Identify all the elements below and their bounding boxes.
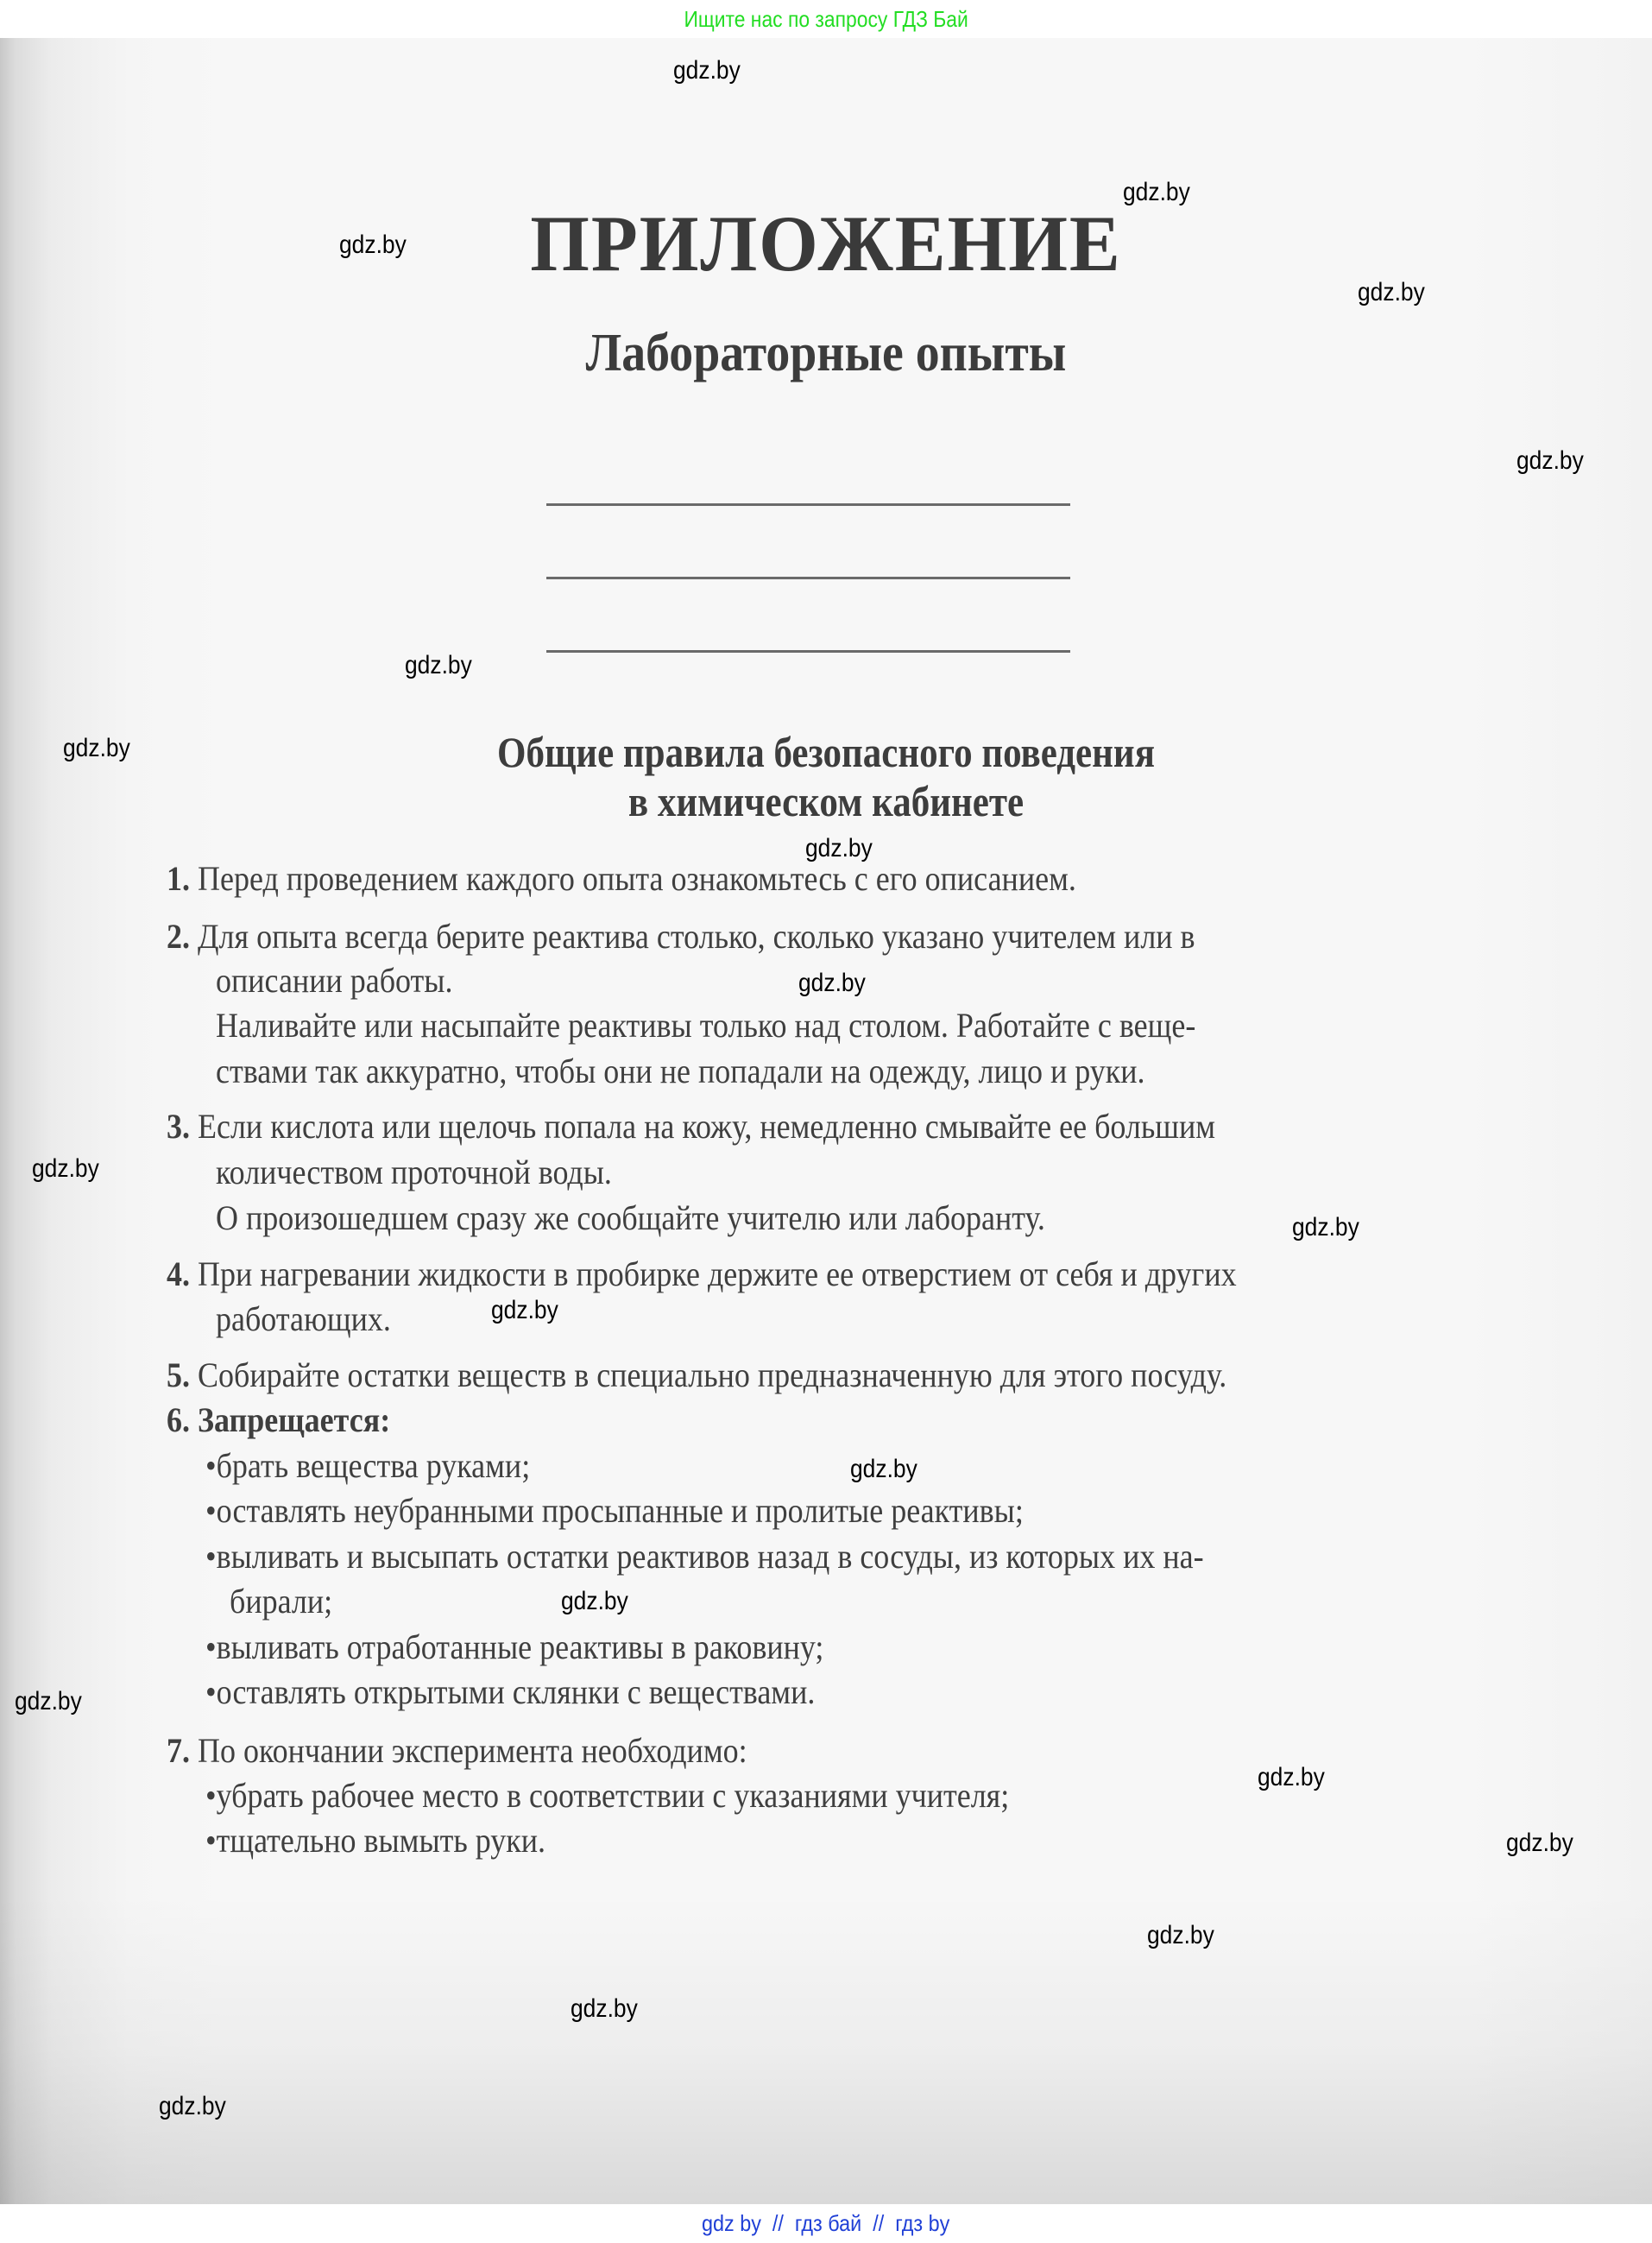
bullet-text: убрать рабочее место в соответствии с ук… [217,1776,1010,1815]
rule-3-continuation: количеством проточной воды. [216,1152,612,1192]
watermark: gdz.by [561,1587,628,1616]
watermark: gdz.by [1258,1763,1325,1792]
textbook-page: ПРИЛОЖЕНИЕ Лабораторные опыты Общие прав… [0,38,1652,2204]
rule-2-continuation: ствами так аккуратно, чтобы они не попад… [216,1051,1145,1091]
watermark: gdz.by [1358,278,1425,307]
section-heading-line-2: в химическом кабинете [116,776,1536,826]
watermark: gdz.by [805,834,873,863]
top-banner-text: Ищите нас по запросу ГДЗ Бай [684,6,968,33]
rule-number: 3. [167,1107,190,1146]
watermark: gdz.by [571,1994,638,2024]
bullet-icon: • [205,1776,217,1815]
rule-number: 2. [167,917,190,956]
rule-4-continuation: работающих. [216,1298,391,1339]
watermark: gdz.by [15,1687,82,1716]
bullet-icon: • [205,1627,217,1666]
rule-6-bullet-continuation: бирали; [230,1581,332,1621]
bottom-banner: gdz by // гдз бай // гдз by [0,2204,1652,2243]
rule-2-continuation: описании работы. [216,960,452,1001]
bullet-text: выливать и высыпать остатки реактивов на… [217,1537,1204,1576]
rule-number: 5. [167,1355,190,1394]
bullet-icon: • [205,1537,217,1576]
rule-7: 7. По окончании эксперимента необходимо: [167,1730,747,1771]
rule-number: 7. [167,1731,190,1770]
rule-number: 6. [167,1400,190,1439]
rule-7-bullet: •убрать рабочее место в соответствии с у… [205,1775,1009,1816]
bullet-text: выливать отработанные реактивы в раковин… [217,1627,824,1666]
divider-line [546,577,1070,579]
watermark: gdz.by [850,1455,917,1484]
rule-6: 6. Запрещается: [167,1400,390,1440]
rule-text: По окончании эксперимента необходимо: [198,1731,747,1770]
watermark: gdz.by [405,651,472,680]
divider-line [546,503,1070,506]
watermark: gdz.by [1516,446,1584,476]
rule-text: Запрещается: [198,1400,390,1439]
rule-6-bullet: •выливать и высыпать остатки реактивов н… [205,1536,1204,1576]
watermark: gdz.by [491,1296,558,1325]
bullet-icon: • [205,1491,217,1530]
rule-6-bullet: •выливать отработанные реактивы в ракови… [205,1627,823,1667]
bullet-text: оставлять открытыми склянки с веществами… [217,1672,816,1711]
rule-number: 1. [167,859,190,898]
watermark: gdz.by [32,1154,99,1184]
rule-6-bullet: •оставлять открытыми склянки с веществам… [205,1671,815,1712]
section-heading-line-1: Общие правила безопасного поведения [116,727,1536,777]
rule-3-continuation: О произошедшем сразу же сообщайте учител… [216,1197,1045,1238]
watermark: gdz.by [159,2092,226,2121]
rule-2-continuation: Наливайте или насыпайте реактивы только … [216,1005,1195,1046]
rule-text: Собирайте остатки веществ в специально п… [198,1355,1226,1394]
bullet-text: тщательно вымыть руки. [217,1821,545,1860]
watermark: gdz.by [1123,178,1190,207]
rule-text: Перед проведением каждого опыта ознакомь… [198,859,1076,898]
watermark: gdz.by [798,969,866,998]
divider-line [546,650,1070,653]
rule-text: Если кислота или щелочь попала на кожу, … [198,1107,1215,1146]
rule-1: 1. Перед проведением каждого опыта ознак… [167,858,1076,899]
watermark: gdz.by [1147,1921,1214,1950]
page-title: ПРИЛОЖЕНИЕ [33,198,1618,289]
rule-2: 2. Для опыта всегда берите реактива стол… [167,916,1195,957]
bullet-icon: • [205,1446,217,1485]
rule-3: 3. Если кислота или щелочь попала на кож… [167,1106,1215,1147]
rule-text: Для опыта всегда берите реактива столько… [198,917,1195,956]
watermark: gdz.by [1292,1213,1359,1242]
rule-5: 5. Собирайте остатки веществ в специальн… [167,1355,1226,1395]
bullet-text: брать вещества руками; [217,1446,531,1485]
watermark: gdz.by [1506,1829,1573,1858]
rule-6-bullet: •брать вещества руками; [205,1445,530,1486]
bottom-banner-text: gdz by // гдз бай // гдз by [702,2210,949,2237]
page-subtitle: Лабораторные опыты [83,323,1570,384]
bullet-icon: • [205,1821,217,1860]
bullet-icon: • [205,1672,217,1711]
watermark: gdz.by [339,231,407,260]
watermark: gdz.by [63,734,130,763]
rule-7-bullet: •тщательно вымыть руки. [205,1820,545,1861]
rule-number: 4. [167,1254,190,1293]
watermark: gdz.by [673,56,741,85]
rule-6-bullet: •оставлять неубранными просыпанные и про… [205,1490,1024,1531]
top-banner: Ищите нас по запросу ГДЗ Бай [0,0,1652,38]
rule-text: При нагревании жидкости в пробирке держи… [198,1254,1237,1293]
rule-4: 4. При нагревании жидкости в пробирке де… [167,1254,1237,1294]
bullet-text: оставлять неубранными просыпанные и прол… [217,1491,1024,1530]
